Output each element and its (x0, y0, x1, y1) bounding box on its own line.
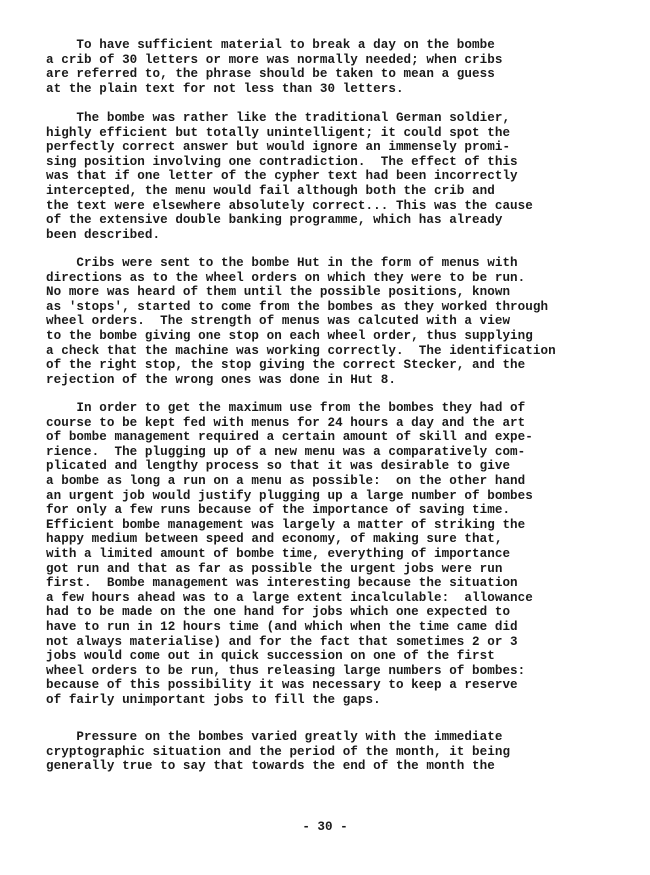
document-page: To have sufficient material to break a d… (0, 0, 650, 875)
text-line: the text were elsewhere absolutely corre… (46, 199, 646, 214)
page-number: - 30 - (0, 820, 650, 834)
text-line: first. Bombe management was interesting … (46, 576, 646, 591)
text-line: for only a few runs because of the impor… (46, 503, 646, 518)
text-line: course to be kept fed with menus for 24 … (46, 416, 646, 431)
text-line: sing position involving one contradictio… (46, 155, 646, 170)
text-line: generally true to say that towards the e… (46, 759, 646, 774)
text-line: happy medium between speed and economy, … (46, 532, 646, 547)
text-line: as 'stops', started to come from the bom… (46, 300, 646, 315)
text-line: wheel orders. The strength of menus was … (46, 314, 646, 329)
paragraph-bombe-soldier: The bombe was rather like the traditiona… (46, 111, 646, 242)
paragraph-pressure: Pressure on the bombes varied greatly wi… (46, 730, 646, 774)
text-line: highly efficient but totally unintellige… (46, 126, 646, 141)
text-line: a bombe as long a run on a menu as possi… (46, 474, 646, 489)
paragraph-cribs-menus: Cribs were sent to the bombe Hut in the … (46, 256, 646, 387)
text-line: been described. (46, 228, 646, 243)
text-line: perfectly correct answer but would ignor… (46, 140, 646, 155)
text-line: an urgent job would justify plugging up … (46, 489, 646, 504)
text-line: cryptographic situation and the period o… (46, 745, 646, 760)
text-line: of fairly unimportant jobs to fill the g… (46, 693, 646, 708)
text-line: In order to get the maximum use from the… (46, 401, 646, 416)
text-line: not always materialise) and for the fact… (46, 635, 646, 650)
text-line: got run and that as far as possible the … (46, 562, 646, 577)
text-line: are referred to, the phrase should be ta… (46, 67, 646, 82)
text-line: a check that the machine was working cor… (46, 344, 646, 359)
text-line: because of this possibility it was neces… (46, 678, 646, 693)
text-line: of the extensive double banking programm… (46, 213, 646, 228)
paragraph-bombe-management: In order to get the maximum use from the… (46, 401, 646, 707)
text-line: with a limited amount of bombe time, eve… (46, 547, 646, 562)
text-line: To have sufficient material to break a d… (46, 38, 646, 53)
paragraph-crib-length: To have sufficient material to break a d… (46, 38, 646, 96)
text-line: a crib of 30 letters or more was normall… (46, 53, 646, 68)
text-line: have to run in 12 hours time (and which … (46, 620, 646, 635)
text-line: of the right stop, the stop giving the c… (46, 358, 646, 373)
text-line: at the plain text for not less than 30 l… (46, 82, 646, 97)
text-line: rejection of the wrong ones was done in … (46, 373, 646, 388)
text-line: to the bombe giving one stop on each whe… (46, 329, 646, 344)
text-line: of bombe management required a certain a… (46, 430, 646, 445)
text-line: plicated and lengthy process so that it … (46, 459, 646, 474)
text-line: The bombe was rather like the traditiona… (46, 111, 646, 126)
text-line: Efficient bombe management was largely a… (46, 518, 646, 533)
text-line: had to be made on the one hand for jobs … (46, 605, 646, 620)
text-line: wheel orders to be run, thus releasing l… (46, 664, 646, 679)
text-line: No more was heard of them until the poss… (46, 285, 646, 300)
text-line: Pressure on the bombes varied greatly wi… (46, 730, 646, 745)
text-line: was that if one letter of the cypher tex… (46, 169, 646, 184)
text-line: Cribs were sent to the bombe Hut in the … (46, 256, 646, 271)
text-line: rience. The plugging up of a new menu wa… (46, 445, 646, 460)
text-line: a few hours ahead was to a large extent … (46, 591, 646, 606)
text-line: intercepted, the menu would fail althoug… (46, 184, 646, 199)
text-line: directions as to the wheel orders on whi… (46, 271, 646, 286)
text-line: jobs would come out in quick succession … (46, 649, 646, 664)
